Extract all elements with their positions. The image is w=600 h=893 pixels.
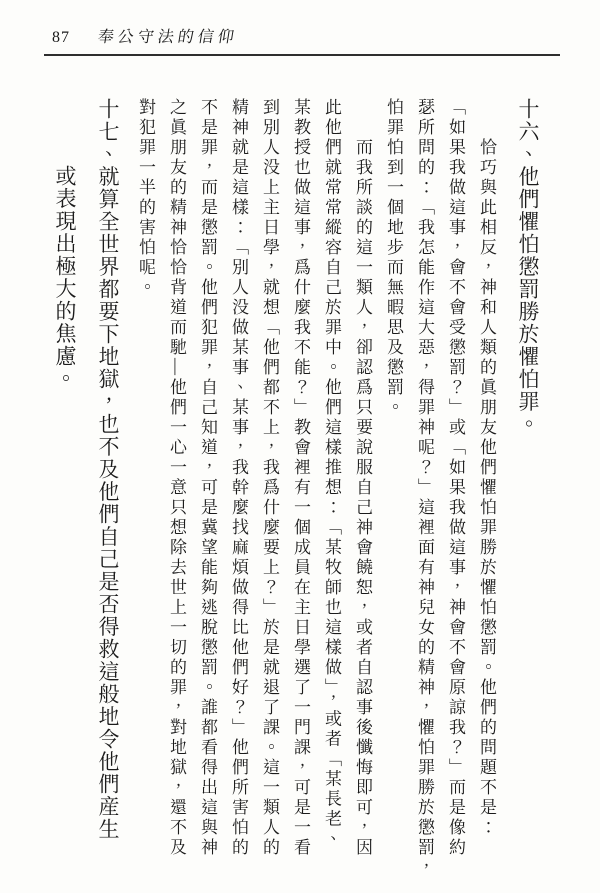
- section-17-heading-column-2: 或表現出極大的焦慮。: [48, 98, 82, 880]
- body-text-column: 不是罪，而是懲罰。他們犯罪，自己知道，可是冀望能夠逃脫懲罰。誰都看得出這與神: [192, 98, 223, 880]
- body-text-column: 怕罪怕到一個地步而無暇思及懲罰。: [378, 98, 409, 880]
- page-header: 87 奉公守法的信仰: [52, 24, 558, 47]
- body-text-column: 而我所談的這一類人，卻認爲只要說服自己神會饒恕，或者自認事後懺悔即可，因: [347, 98, 378, 880]
- body-text-column: 對犯罪一半的害怕呢。: [130, 98, 161, 880]
- text-area: 十六、他們懼怕懲罰勝於懼怕罪。 恰巧與此相反，神和人類的眞朋友他們懼怕罪勝於懼怕…: [40, 98, 550, 880]
- section-16-heading-column: 十六、他們懼怕懲罰勝於懼怕罪。: [511, 98, 545, 880]
- body-text-column: 精神就是這樣：「別人没做某事、某事，我幹麼找麻煩做得比他們好？」他們所害怕的: [223, 98, 254, 880]
- page-number: 87: [52, 29, 70, 47]
- body-text-column: 此他們就常常縱容自己於罪中。他們這樣推想：「某牧師也這樣做」，或者「某長老、: [316, 98, 347, 880]
- book-title: 奉公守法的信仰: [96, 24, 240, 47]
- body-text-column: 之眞朋友的精神恰恰背道而馳—他們一心一意只想除去世上一切的罪，對地獄，還不及: [161, 98, 192, 880]
- body-text-column: 到別人没上主日學，就想「他們都不上，我爲什麼要上？」於是就退了課。這一類人的: [254, 98, 285, 880]
- header-divider: [44, 54, 560, 56]
- body-text-column: 「如果我做這事，會不會受懲罰？」或「如果我做這事，神會不會原諒我？」而是像約: [440, 98, 471, 880]
- book-page: 87 奉公守法的信仰 十六、他們懼怕懲罰勝於懼怕罪。 恰巧與此相反，神和人類的眞…: [0, 0, 600, 893]
- body-text-column: 某教授也做這事，爲什麼我不能？」教會裡有一個成員在主日學選了一門課，可是一看: [285, 98, 316, 880]
- body-text-column: 瑟所問的：「我怎能作這大惡，得罪神呢？」這裡面有神兒女的精神，懼怕罪勝於懲罰，: [409, 98, 440, 880]
- section-17-heading-column: 十七、就算全世界都要下地獄，也不及他們自己是否得救這般地令他們産生: [91, 98, 125, 880]
- body-text-column: 恰巧與此相反，神和人類的眞朋友他們懼怕罪勝於懼怕懲罰。他們的問題不是：: [471, 98, 502, 880]
